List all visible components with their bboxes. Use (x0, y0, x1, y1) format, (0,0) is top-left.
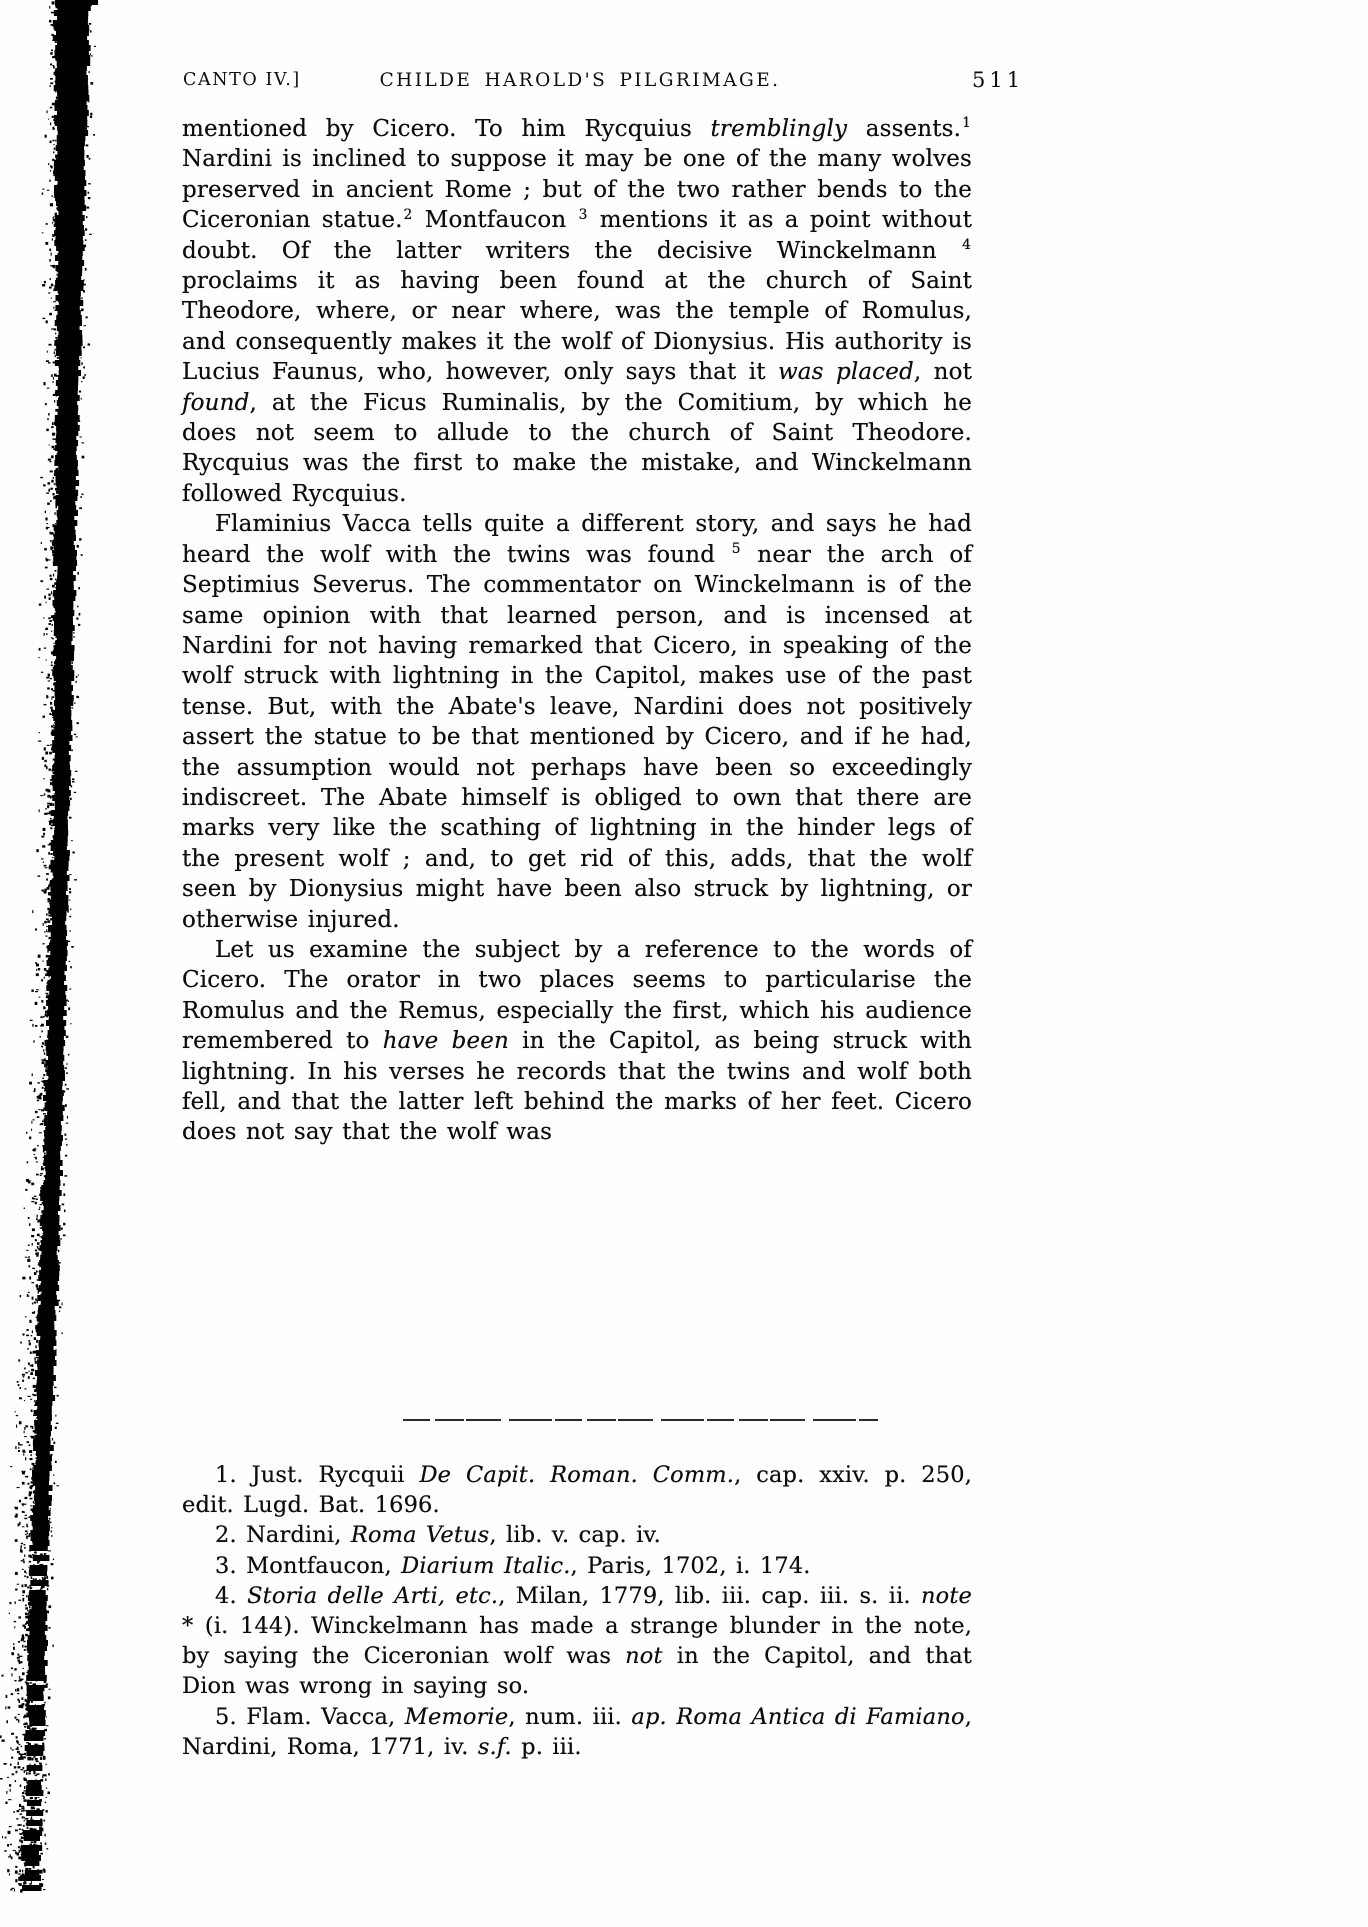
paragraph: Flaminius Vacca tells quite a different … (182, 509, 972, 935)
footnote: 2. Nardini, Roma Vetus, lib. v. cap. iv. (182, 1520, 972, 1550)
canto-label: CANTO IV.] (183, 70, 301, 90)
footnotes: 1. Just. Rycquii De Capit. Roman. Comm.,… (182, 1460, 972, 1762)
paragraph: Let us examine the subject by a referenc… (182, 935, 972, 1148)
footnote: 1. Just. Rycquii De Capit. Roman. Comm.,… (182, 1460, 972, 1520)
footnote-separator (403, 1419, 878, 1421)
running-header: CANTO IV.] CHILDE HAROLD'S PILGRIMAGE. 5… (0, 70, 1368, 100)
footnote: 4. Storia delle Arti, etc., Milan, 1779,… (182, 1581, 972, 1702)
page-number: 511 (972, 68, 1024, 92)
body-text: mentioned by Cicero. To him Rycquius tre… (182, 114, 972, 1148)
footnote: 5. Flam. Vacca, Memorie, num. iii. ap. R… (182, 1702, 972, 1762)
scanned-book-page: CANTO IV.] CHILDE HAROLD'S PILGRIMAGE. 5… (0, 0, 1368, 1927)
page-title: CHILDE HAROLD'S PILGRIMAGE. (360, 70, 800, 91)
footnote: 3. Montfaucon, Diarium Italic., Paris, 1… (182, 1551, 972, 1581)
paragraph: mentioned by Cicero. To him Rycquius tre… (182, 114, 972, 509)
